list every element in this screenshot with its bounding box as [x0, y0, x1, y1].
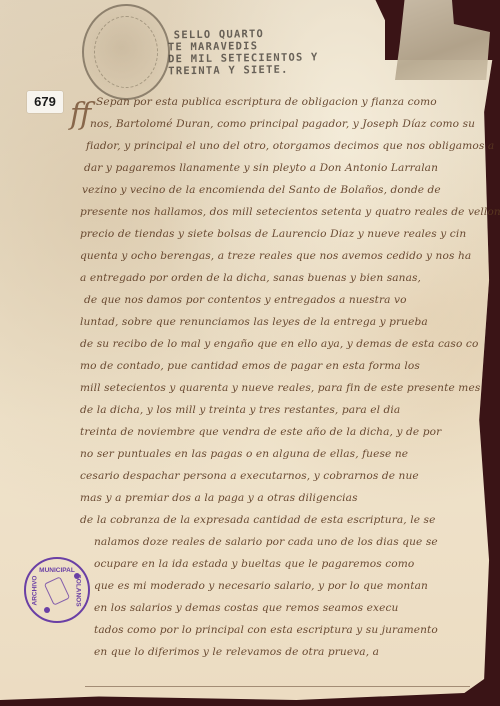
manuscript-line: que es mi moderado y necesario salario, … [94, 580, 428, 592]
manuscript-line: de la cobranza de la expresada cantidad … [80, 514, 435, 526]
stamp-dot-icon [44, 607, 50, 613]
stamp-dot-icon [74, 573, 80, 579]
embossed-seal-icon [82, 4, 170, 100]
manuscript-line: precio de tiendas y siete bolsas de Laur… [80, 228, 466, 240]
manuscript-line: de la dicha, y los mill y treinta y tres… [80, 404, 400, 416]
manuscript-line: mo de contado, pue cantidad emos de paga… [80, 360, 420, 372]
stamp-emblem-icon [44, 576, 70, 605]
manuscript-line: presente nos hallamos, dos mill setecien… [80, 206, 500, 218]
manuscript-line: de su recibo de lo mal y engaño que en e… [80, 338, 478, 350]
manuscript-line: vezino y vecino de la encomienda del San… [82, 184, 441, 196]
archive-municipal-stamp: MUNICIPAL ARCHIVO SOLANOS [24, 557, 90, 623]
manuscript-line: treinta de noviembre que vendra de este … [80, 426, 441, 438]
stamped-paper-header: SELLO QUARTO TE MARAVEDIS DE MIL SETECIE… [168, 27, 369, 78]
manuscript-line: de que nos damos por contentos y entrega… [84, 294, 407, 306]
stamp-left-text: ARCHIVO [31, 576, 38, 606]
manuscript-line: Sepan por esta publica escriptura de obl… [96, 96, 437, 108]
manuscript-line: quenta y ocho berengas, a treze reales q… [80, 250, 471, 262]
manuscript-line: fiador, y principal el uno del otro, oto… [86, 140, 494, 152]
stamp-right-text: SOLANOS [74, 574, 81, 606]
manuscript-line: luntad, sobre que renunciamos las leyes … [80, 316, 428, 328]
manuscript-line: dar y pagaremos llanamente y sin pleyto … [84, 162, 438, 174]
manuscript-line: mill setecientos y quarenta y nueve real… [80, 382, 480, 394]
manuscript-line: nalamos doze reales de salario por cada … [94, 536, 438, 548]
manuscript-line: cesario despachar persona a executarnos,… [80, 470, 419, 482]
seal-inner-ring [94, 16, 158, 88]
manuscript-line: ocupare en la ida estada y bueltas que l… [94, 558, 414, 570]
manuscript-line: tados como por lo principal con esta esc… [94, 624, 438, 636]
closing-rule-line [85, 686, 470, 687]
manuscript-line: en los salarios y demas costas que remos… [94, 602, 398, 614]
manuscript-line: nos, Bartolomé Duran, como principal pag… [90, 118, 475, 130]
manuscript-line: a entregado por orden de la dicha, sanas… [80, 272, 421, 284]
manuscript-line: no ser puntuales en las pagas o en algun… [80, 448, 408, 460]
manuscript-line: mas y a premiar dos a la paga y a otras … [80, 492, 358, 504]
manuscript-line: en que lo diferimos y le relevamos de ot… [94, 646, 379, 658]
catalog-number-label: 679 [27, 91, 63, 113]
